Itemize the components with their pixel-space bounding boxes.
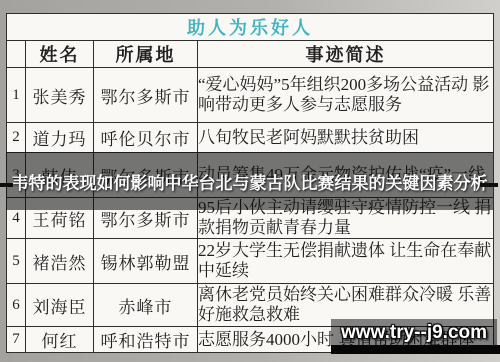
person-region: 锡林郭勒盟	[94, 239, 198, 284]
person-name: 张美秀	[26, 68, 94, 123]
deed-description: 八旬牧民老阿妈默默扶贫助困	[198, 123, 494, 153]
table-title: 助人为乐好人	[7, 14, 494, 41]
col-header-name: 姓名	[26, 41, 94, 68]
headline-text: 韦特的表现如何影响中华台北与蒙古队比赛结果的关键因素分析	[12, 169, 488, 194]
col-header-deeds: 事迹简述	[198, 41, 494, 68]
row-number: 5	[7, 239, 26, 284]
person-region: 赤峰市	[94, 284, 198, 327]
table-title-row: 助人为乐好人	[7, 14, 494, 41]
person-name: 刘海臣	[26, 284, 94, 327]
headline-right-dash	[480, 183, 498, 187]
row-number: 7	[7, 327, 26, 353]
row-number: 2	[7, 123, 26, 153]
watermark: www.try--j9.com	[331, 319, 497, 346]
watermark-url: www.try--j9.com	[341, 322, 487, 344]
person-region: 呼伦贝尔市	[94, 123, 198, 153]
col-header-place: 所属地	[94, 41, 198, 68]
table-header-row: 姓名 所属地 事迹简述	[7, 41, 494, 68]
screenshot-stage: 助人为乐好人 姓名 所属地 事迹简述 1 张美秀 鄂尔多斯市 “爱心妈妈”5年组…	[0, 0, 500, 362]
person-name: 褚浩然	[26, 239, 94, 284]
person-region: 呼和浩特市	[94, 327, 198, 353]
watermark-bar	[331, 345, 500, 354]
person-region: 鄂尔多斯市	[94, 68, 198, 123]
deed-description: 22岁大学生无偿捐献遗体 让生命在奉献中延续	[198, 239, 494, 284]
person-name: 何红	[26, 327, 94, 353]
person-name: 道力玛	[26, 123, 94, 153]
deed-description: “爱心妈妈”5年组织200多场公益活动 影响带动更多人参与志愿服务	[198, 68, 494, 123]
table-row: 1 张美秀 鄂尔多斯市 “爱心妈妈”5年组织200多场公益活动 影响带动更多人参…	[7, 68, 494, 123]
col-header-num	[7, 41, 26, 68]
row-number: 6	[7, 284, 26, 327]
headline-left-dash	[0, 183, 13, 187]
table-row: 2 道力玛 呼伦贝尔市 八旬牧民老阿妈默默扶贫助困	[7, 123, 494, 153]
headline-overlay: 韦特的表现如何影响中华台北与蒙古队比赛结果的关键因素分析	[6, 152, 493, 210]
table-row: 5 褚浩然 锡林郭勒盟 22岁大学生无偿捐献遗体 让生命在奉献中延续	[7, 239, 494, 284]
row-number: 1	[7, 68, 26, 123]
